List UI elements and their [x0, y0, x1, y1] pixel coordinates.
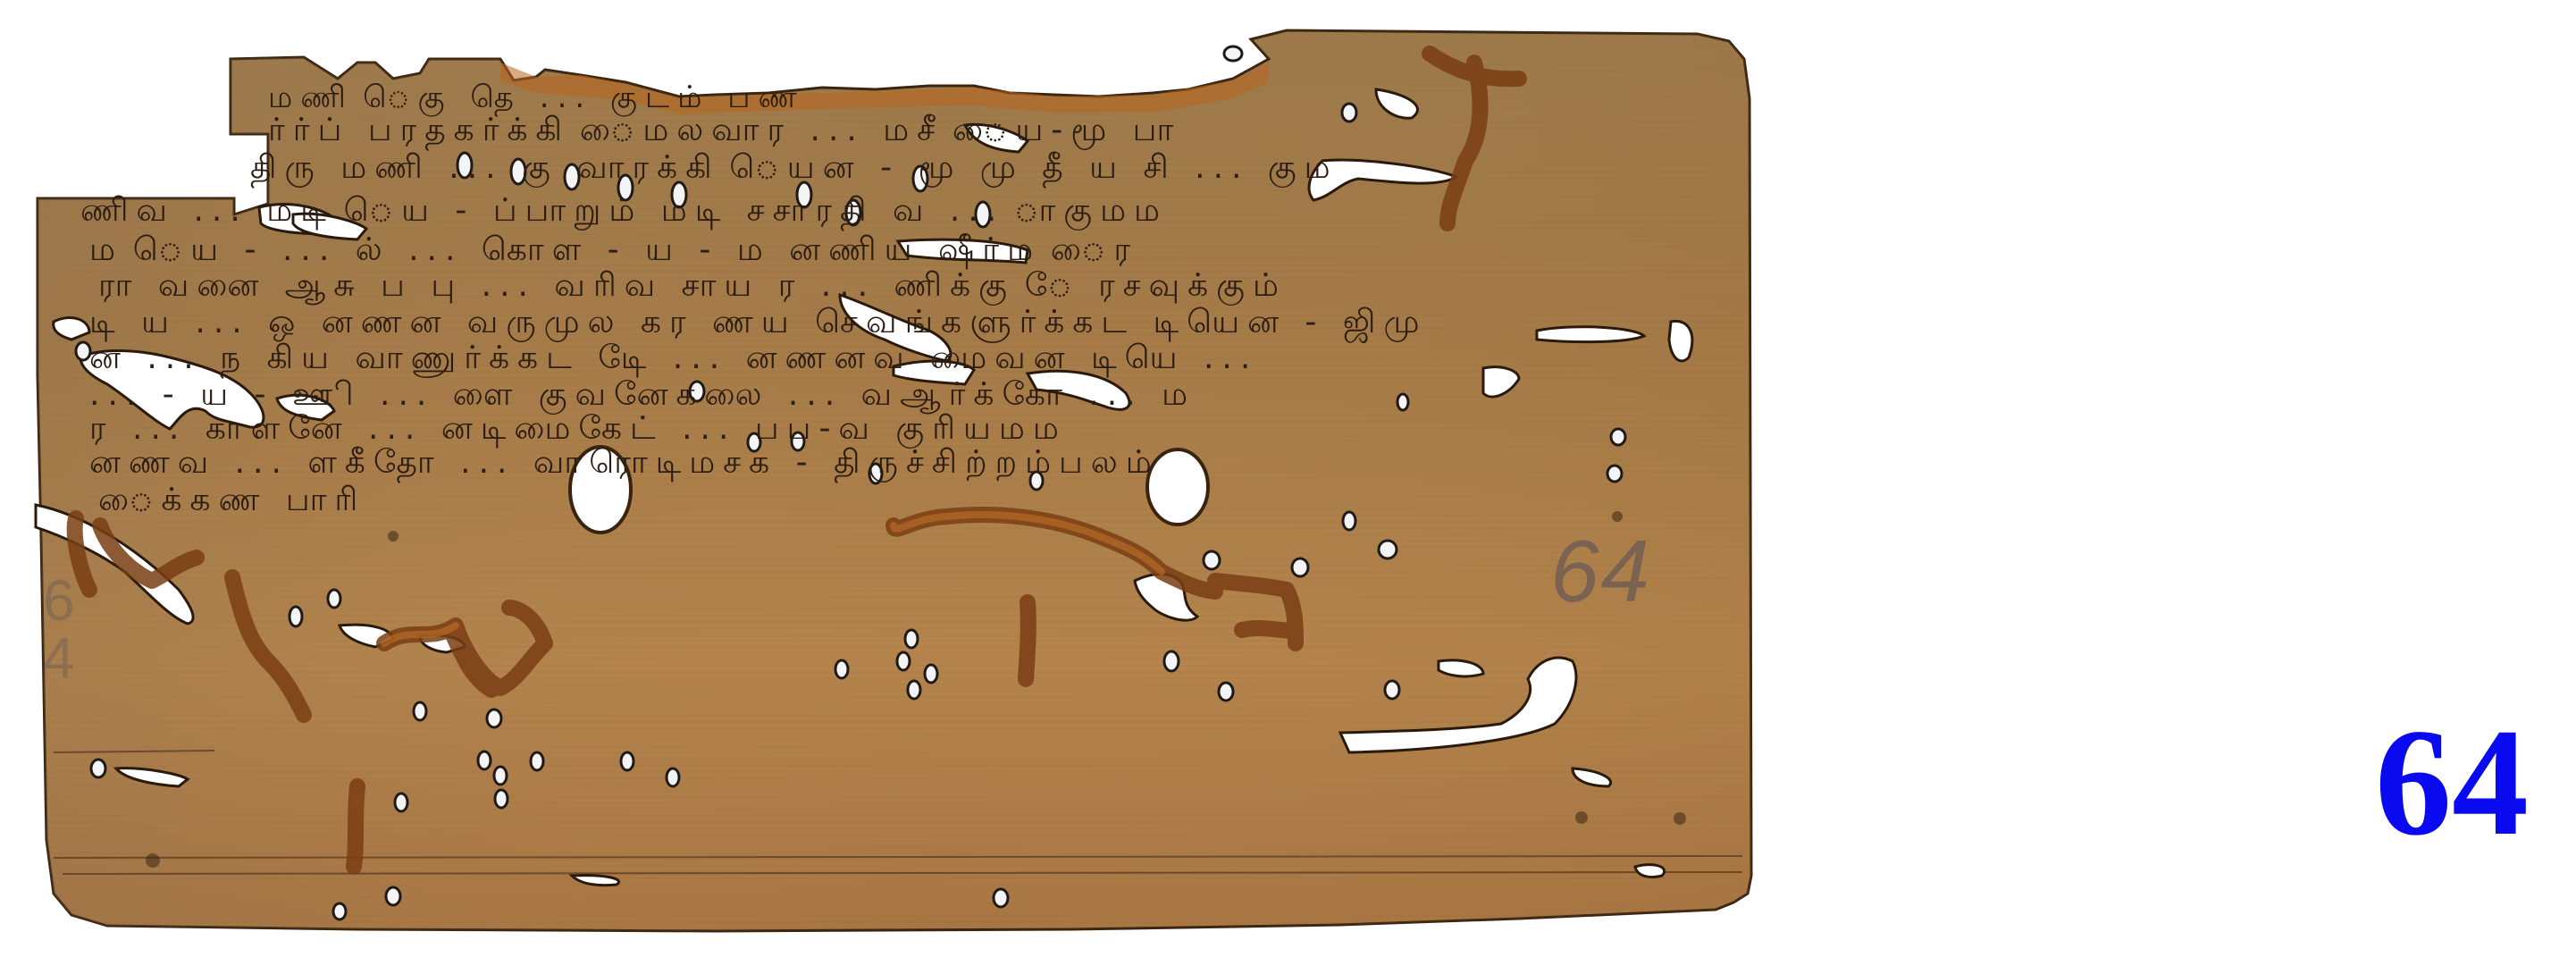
folio-number: 64 — [2375, 706, 2529, 860]
manuscript-line-2: ர்ர்ப் பரதகர்க்கி ைமலவார ... மசீ ைய-மூ ப… — [268, 114, 1181, 147]
manuscript-line-11: னணவ ... ளகீதோ ... வாரொடிமசக - திருச்சிற்… — [89, 447, 1160, 479]
manuscript-line-7: டி ய ... ஒ னணன வருமுல கர ணய செவங்களுர்க்… — [89, 306, 1427, 339]
manuscript-line-6: ரா வனை ஆசு ப பு ... வரிவ சாய ர ... ணிக்க… — [98, 270, 1287, 302]
manuscript-line-12: ைக்கண பாரி — [98, 484, 365, 516]
pencil-side-digit-1: 6 — [43, 572, 75, 629]
manuscript-line-9: ... - ய - ஊி ... ளை குவனேகலை ... வஆர்க்க… — [89, 379, 1196, 411]
manuscript-line-10: ர ... காளனே ... னடிமைகேட் ... பப-வ குரிய… — [89, 413, 1067, 445]
manuscript-line-1: மணி ெகு தெ ... குடம் பண — [268, 82, 805, 113]
pencil-side-mark: 6 4 — [43, 572, 75, 686]
pencil-side-digit-2: 4 — [43, 629, 75, 686]
pencil-folio-mark: 64 — [1550, 527, 1651, 615]
manuscript-line-5: ம ெய - ... ல் ... கொள - ய - ம னணிய ஷீர்ம… — [89, 234, 1138, 266]
manuscript-page: மணி ெகு தெ ... குடம் பண ர்ர்ப் பரதகர்க்க… — [0, 0, 2576, 957]
manuscript-line-4: ணிவ ... மடி ெய - ப்பாறும் மடி சசாரதி வ .… — [80, 195, 1168, 227]
manuscript-line-8: ன ... ந கிய வாணுர்க்கட டிே ... னணனவ மைவன… — [89, 342, 1258, 374]
manuscript-line-3: திரு மணி ... கு வாரக்கி ெயன - மூ மு தீ ய… — [250, 152, 1338, 184]
